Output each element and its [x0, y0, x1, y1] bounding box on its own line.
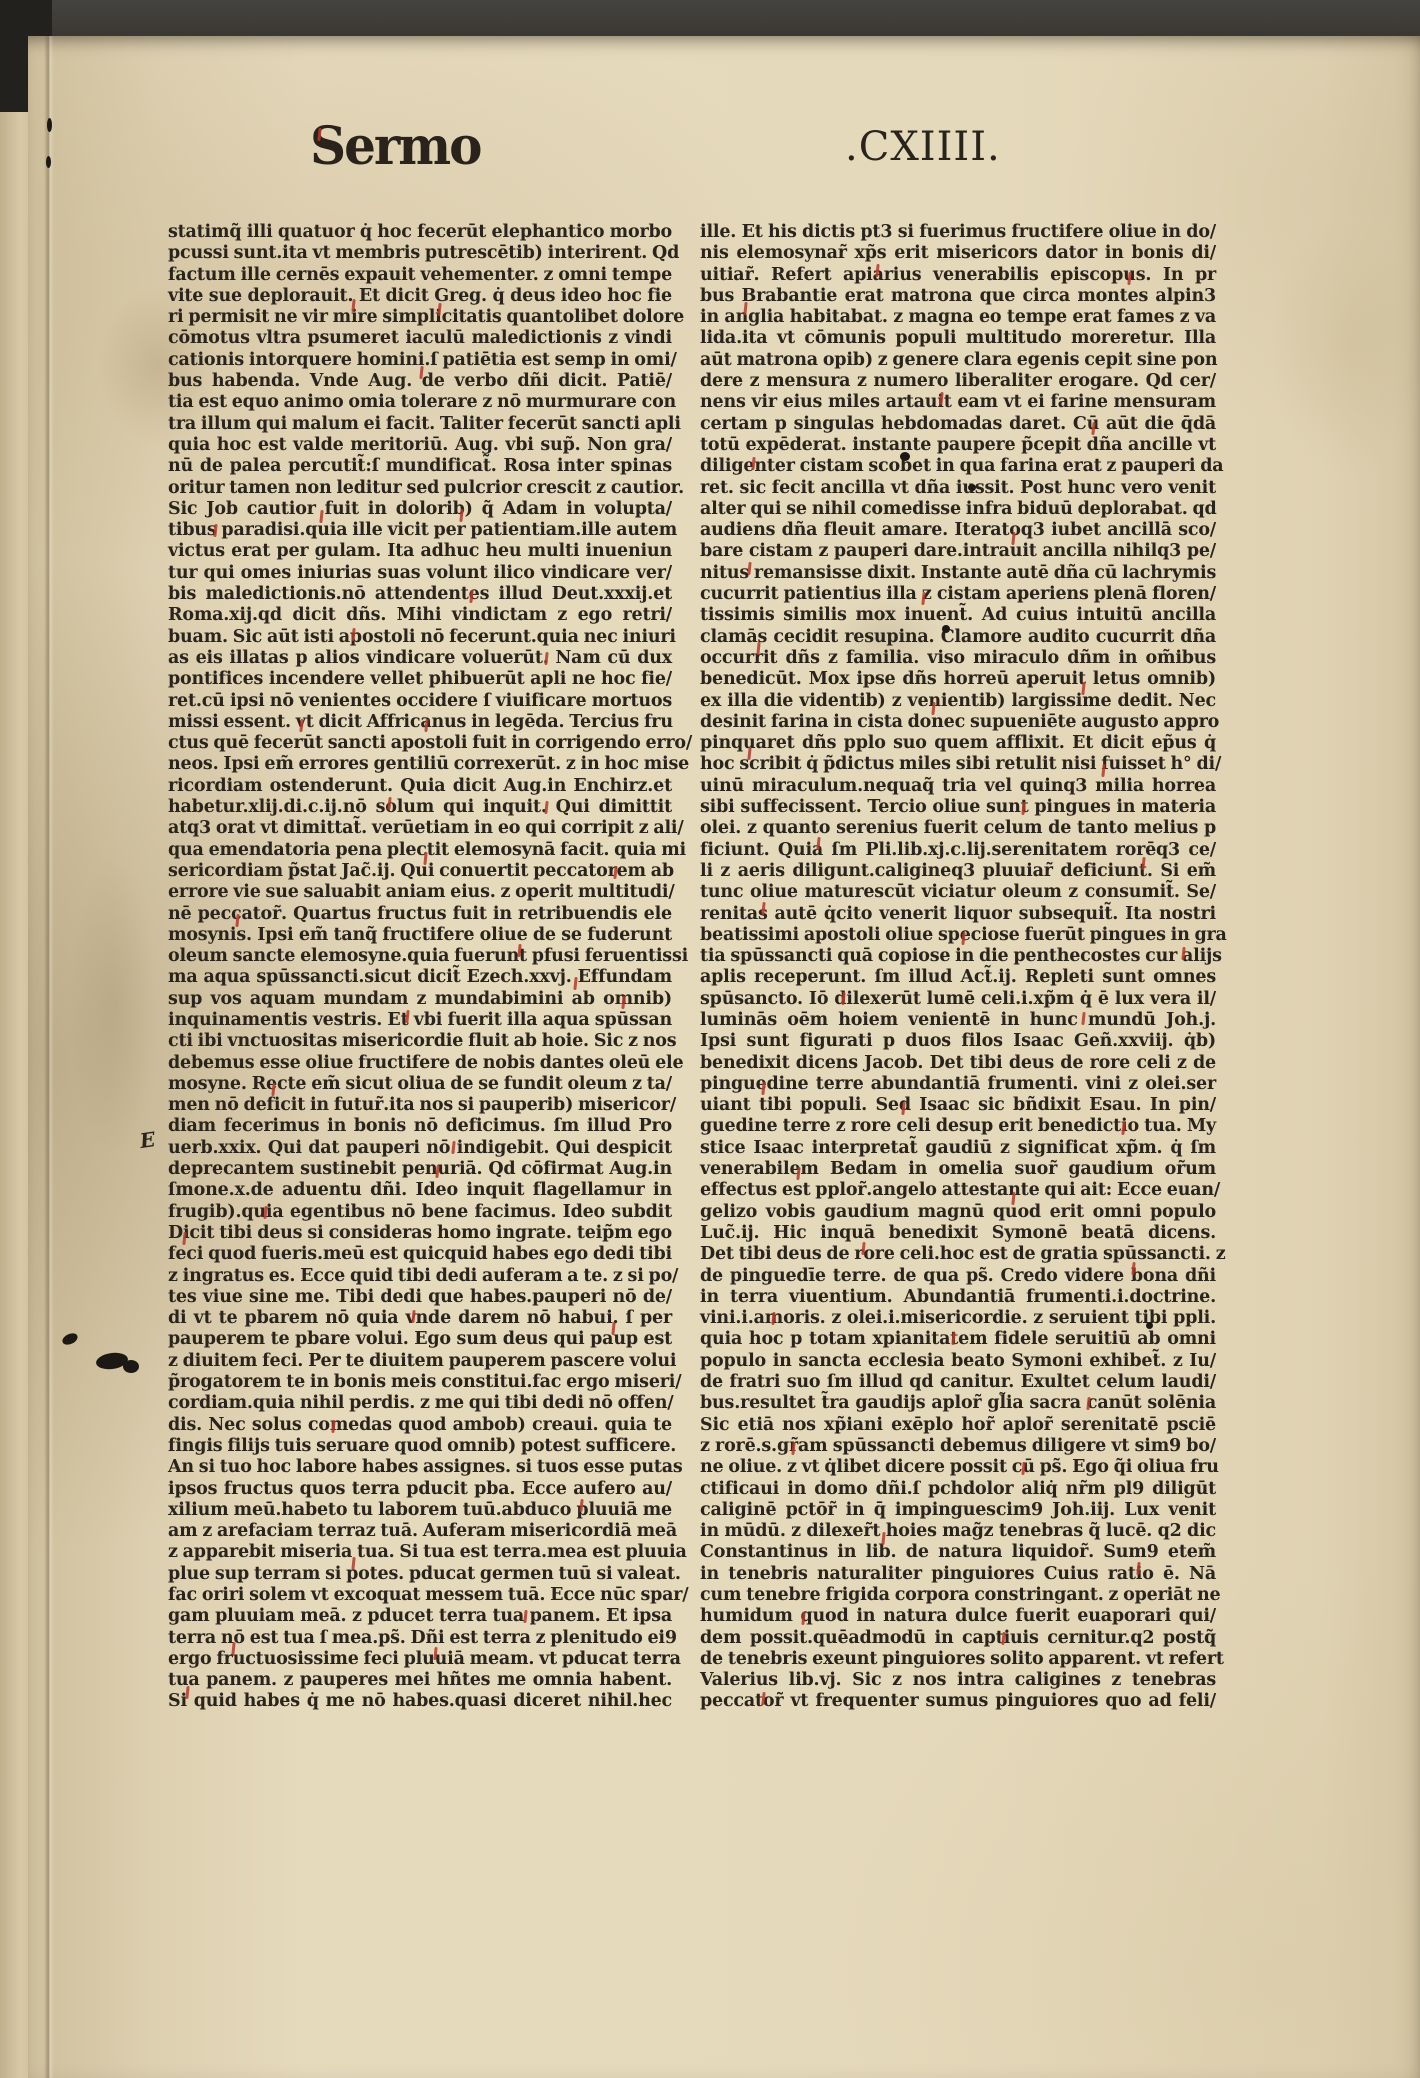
text-line: mosynis. Ipsi em̃ tanq̃ fructifere oliue…: [168, 925, 672, 946]
text-line: uitiar̃. Refert apiarius venerabilis epi…: [700, 265, 1216, 286]
page-title: Sermo: [310, 115, 500, 177]
text-line: ipsos fructus quos terra pducit pba. Ecc…: [168, 1479, 672, 1500]
text-line: diligenter cistam scobet in qua farina e…: [700, 456, 1216, 477]
text-line: habetur.xlij.di.c.ij.nō solum qui inquit…: [168, 797, 672, 818]
text-line: as eis illatas p alios vindicare voluerū…: [168, 648, 672, 669]
text-line: nitus remansisse dixit. Instante autē dñ…: [700, 563, 1216, 584]
ink-spot: [123, 1360, 139, 1373]
parchment-stain: [1268, 216, 1420, 476]
text-line: p̃rogatorem te in bonis meis constitui.f…: [168, 1372, 672, 1393]
text-line: bus.resultet t̃ra gaudijs aplor̃ gl̃ia s…: [700, 1393, 1216, 1414]
text-line: tunc oliue maturescūt viciatur oleum z c…: [700, 882, 1216, 903]
text-line: aplis receperunt. ſm illud Act̃.ij. Repl…: [700, 967, 1216, 988]
text-line: Ipsi sunt figurati p duos filos Isaac Ge…: [700, 1031, 1216, 1052]
text-line: neos. Ipsi em̃ errores gentiliū correxer…: [168, 754, 672, 775]
text-line: Si quid habes q̇ me nō habes.quasi dicer…: [168, 1691, 672, 1712]
text-line: statimq̃ illi quatuor q̇ hoc fecerūt ele…: [168, 222, 672, 243]
text-line: stice Isaac interpretat̃ gaudiū z signif…: [700, 1138, 1216, 1159]
text-line: z apparebit miseria tua. Si tua est terr…: [168, 1542, 672, 1563]
text-line: Constantinus in lib. de natura liquidor̃…: [700, 1542, 1216, 1563]
text-line: occurrit dñs z familia. viso miraculo dñ…: [700, 648, 1216, 669]
text-line: inquinamentis vestris. Et vbi fuerit ill…: [168, 1010, 672, 1031]
text-line: dem possit.quēadmodū in captiuis cernitu…: [700, 1628, 1216, 1649]
text-line: effectus est pplor̃.angelo attestante qu…: [700, 1180, 1216, 1201]
text-line: ergo fructuosissime feci pluuiā meam. vt…: [168, 1649, 672, 1670]
text-line: hoc scribit q̇ p̃dictus miles sibi retul…: [700, 754, 1216, 775]
text-line: ficiunt. Quia ſm Pli.lib.xj.c.lij.sereni…: [700, 840, 1216, 861]
ink-spot: [942, 625, 950, 633]
text-line: ret.cū ipsi nō venientes occidere ſ viui…: [168, 691, 672, 712]
text-line: missi essent. vt dicit Affricanus in leg…: [168, 712, 672, 733]
text-line: benedixit dicens Jacob. Det tibi deus de…: [700, 1053, 1216, 1074]
text-line: peccator̃ vt frequenter sumus pinguiores…: [700, 1691, 1216, 1712]
text-line: cti ibi vnctuositas misericordie fluit a…: [168, 1031, 672, 1052]
text-line: totū expēderat. instante paupere p̃cepit…: [700, 435, 1216, 456]
text-line: cōmotus vltra psumeret iaculū maledictio…: [168, 328, 672, 349]
text-line: ret. sic fecit ancilla vt dña iussit. Po…: [700, 478, 1216, 499]
text-line: terra nō est tua ſ mea.ps̃. Dñi est terr…: [168, 1628, 672, 1649]
text-line: diam fecerimus in bonis nō deficimus. ſm…: [168, 1116, 672, 1137]
text-line: uerb.xxix. Qui dat pauperi nō indigebit.…: [168, 1138, 672, 1159]
text-line: factum ille cernēs expauit vehementer. z…: [168, 265, 672, 286]
text-line: cucurrit patientius illa z cistam aperie…: [700, 584, 1216, 605]
text-line: men nō deficit in futur̃.ita nos si paup…: [168, 1095, 672, 1116]
text-line: Sic Job cautior fuit in dolorib) q̃ Adam…: [168, 499, 672, 520]
text-line: ma aqua spūssancti.sicut dicit̃ Ezech.xx…: [168, 967, 672, 988]
text-line: deprecantem sustinebit penuriā. Qd cōfir…: [168, 1159, 672, 1180]
text-line: alter qui se nihil comedisse infra biduū…: [700, 499, 1216, 520]
text-line: z ingratus es. Ecce quid tibi dedi aufer…: [168, 1266, 672, 1287]
ink-spot: [900, 452, 910, 461]
text-line: ille. Et his dictis pt3 si fuerimus fruc…: [700, 222, 1216, 243]
text-line: de fratri suo ſm illud qd canitur. Exult…: [700, 1372, 1216, 1393]
text-line: Sic etiā nos xp̃iani exēplo hor̃ aplor̃ …: [700, 1415, 1216, 1436]
text-line: ri permisit ne vir mire simplicitatis qu…: [168, 307, 672, 328]
text-line: pcussi sunt.ita vt membris putrescētib) …: [168, 243, 672, 264]
folio-number: .CXIIII.: [845, 124, 1065, 170]
text-line: gelizo vobis gaudium magnū quod erit omn…: [700, 1202, 1216, 1223]
text-line: ctificaui in domo dñi.ſ pchdolor aliq̇ n…: [700, 1479, 1216, 1500]
text-line: tia est equo animo omia tolerare z nō mu…: [168, 392, 672, 413]
text-line: in mūdū. z dilexer̃t hoies mag̃z tenebra…: [700, 1521, 1216, 1542]
text-line: guedine terre z rore celi desup erit ben…: [700, 1116, 1216, 1137]
text-line: plue sup terram si potes. pducat germen …: [168, 1564, 672, 1585]
ink-spot: [46, 156, 51, 168]
text-line: Luc̃.ij. Hic inquā benedixit Symonē beat…: [700, 1223, 1216, 1244]
text-line: uiant tibi populi. Sed Isaac sic bñdixit…: [700, 1095, 1216, 1116]
text-line: humidum quod in natura dulce fuerit euap…: [700, 1606, 1216, 1627]
text-line: z rorē.s.gr̃am spūssancti debemus dilige…: [700, 1436, 1216, 1457]
text-line: dere z mensura z numero liberaliter erog…: [700, 371, 1216, 392]
text-line: cum tenebre frigida corpora constringant…: [700, 1585, 1216, 1606]
text-line: vini.i.amoris. z olei.i.misericordie. z …: [700, 1308, 1216, 1329]
text-line: spūsancto. Iō dilexerūt lumē celi.i.xp̃m…: [700, 989, 1216, 1010]
text-line: sibi suffecissent. Tercio oliue sunt pin…: [700, 797, 1216, 818]
text-line: nē peccator̃. Quartus fructus fuit in re…: [168, 904, 672, 925]
text-line: am z arefaciam terraz tuā. Auferam miser…: [168, 1521, 672, 1542]
text-line: de tenebris exeunt pinguiores solito app…: [700, 1649, 1216, 1670]
text-line: xilium meū.habeto tu laborem tuū.abduco …: [168, 1500, 672, 1521]
text-line: Valerius lib.vj. Sic z nos intra caligin…: [700, 1670, 1216, 1691]
text-line: cordiam.quia nihil perdis. z me qui tibi…: [168, 1393, 672, 1414]
text-line: An si tuo hoc labore habes assignes. si …: [168, 1457, 672, 1478]
text-line: audiens dña fleuit amare. Iteratoq3 iube…: [700, 520, 1216, 541]
text-line: sericordiam p̃stat Jac̃.ij. Qui conuerti…: [168, 861, 672, 882]
text-line: Det tibi deus de rore celi.hoc est de gr…: [700, 1244, 1216, 1265]
text-line: fingis filijs tuis seruare quod omnib) p…: [168, 1436, 672, 1457]
text-line: quia hoc p totam xpianitatem fidele seru…: [700, 1329, 1216, 1350]
text-line: ex illa die videntib) z venientib) largi…: [700, 691, 1216, 712]
photo-backdrop-top: [0, 0, 1420, 37]
text-line: pinquaret dñs pplo suo quem afflixit. Et…: [700, 733, 1216, 754]
text-line: desinit farina in cista donec supueniēte…: [700, 712, 1216, 733]
text-line: benedicūt. Mox ipse dñs horreū aperuit l…: [700, 669, 1216, 690]
text-line: luminās oēm hoiem venientē in hunc mundū…: [700, 1010, 1216, 1031]
text-line: qua emendatoria pena plectit elemosynā f…: [168, 840, 672, 861]
text-line: ricordiam ostenderunt. Quia dicit Aug.in…: [168, 776, 672, 797]
text-line: frugib).quia egentibus nō bene facimus. …: [168, 1202, 672, 1223]
text-line: bare cistam z pauperi dare.intrauit anci…: [700, 541, 1216, 562]
text-line: sup vos aquam mundam z mundabimini ab om…: [168, 989, 672, 1010]
text-column-right: ille. Et his dictis pt3 si fuerimus fruc…: [700, 222, 1216, 1713]
text-line: aūt matrona opib) z genere clara egenis …: [700, 350, 1216, 371]
text-line: nens vir eius miles artauit eam vt ei fa…: [700, 392, 1216, 413]
text-line: renitas autē q̇cito venerit liquor subse…: [700, 904, 1216, 925]
ink-spot: [1146, 1322, 1153, 1329]
text-line: Dicit tibi deus si consideras homo ingra…: [168, 1223, 672, 1244]
text-line: di vt te pbarem nō quia vnde darem nō ha…: [168, 1308, 672, 1329]
text-line: uinū miraculum.nequaq̃ tria vel quinq3 m…: [700, 776, 1216, 797]
text-line: nū de palea percutit̃:ſ mundificat̃. Ros…: [168, 456, 672, 477]
text-line: nis elemosynar̃ xp̃s erit misericors dat…: [700, 243, 1216, 264]
text-line: pauperem te pbare volui. Ego sum deus qu…: [168, 1329, 672, 1350]
text-line: tra illum qui malum ei facit. Taliter fe…: [168, 414, 672, 435]
text-line: oritur tamen non leditur sed pulcrior cr…: [168, 478, 672, 499]
text-line: tua panem. z pauperes mei hñtes me omnia…: [168, 1670, 672, 1691]
text-line: bis maledictionis.nō attendentes illud D…: [168, 584, 672, 605]
text-line: oleum sancte elemosyne.quia fuerunt pfus…: [168, 946, 672, 967]
text-line: quia hoc est valde meritoriū. Aug. vbi s…: [168, 435, 672, 456]
text-column-left: statimq̃ illi quatuor q̇ hoc fecerūt ele…: [168, 222, 672, 1713]
text-line: tes viue sine me. Tibi dedi que habes.pa…: [168, 1287, 672, 1308]
text-line: caliginē pctōr̃ in q̄ impinguescim9 Joh.…: [700, 1500, 1216, 1521]
text-line: li z aeris diligunt.caligineq3 pluuiar̃ …: [700, 861, 1216, 882]
marginal-mark: E: [138, 1127, 156, 1153]
text-line: olei. z quanto serenius fuerit celum de …: [700, 818, 1216, 839]
text-line: debemus esse oliue fructifere de nobis d…: [168, 1053, 672, 1074]
text-line: z diuitem feci. Per te diuitem pauperem …: [168, 1351, 672, 1372]
text-line: buam. Sic aūt isti apostoli nō fecerunt.…: [168, 627, 672, 648]
text-line: fac oriri solem vt excoquat messem tuā. …: [168, 1585, 672, 1606]
text-line: de pinguedīe terre. de qua ps̃. Credo vi…: [700, 1266, 1216, 1287]
text-line: bus Brabantie erat matrona que circa mon…: [700, 286, 1216, 307]
text-line: tissimis similis mox inuent̃. Ad cuius i…: [700, 605, 1216, 626]
text-line: lida.ita vt cōmunis populi multitudo mor…: [700, 328, 1216, 349]
text-line: tia spūssancti quā copiose in die penthe…: [700, 946, 1216, 967]
text-line: dis. Nec solus comedas quod ambob) creau…: [168, 1415, 672, 1436]
text-line: Roma.xij.qd dicit dñs. Mihi vindictam z …: [168, 605, 672, 626]
text-line: tibus paradisi.quia ille vicit per patie…: [168, 520, 672, 541]
text-line: gam pluuiam meā. z pducet terra tua pane…: [168, 1606, 672, 1627]
gutter-crease: [44, 36, 54, 2078]
text-line: beatissimi apostoli oliue speciose fuerū…: [700, 925, 1216, 946]
text-line: tur qui omes iniurias suas volunt ilico …: [168, 563, 672, 584]
text-line: venerabilem Bedam in omelia suor̃ gaudiu…: [700, 1159, 1216, 1180]
text-line: clamās cecidit resupina. Clamore audito …: [700, 627, 1216, 648]
text-line: in anglia habitabat. z magna eo tempe er…: [700, 307, 1216, 328]
text-line: populo in sancta ecclesia beato Symoni e…: [700, 1351, 1216, 1372]
ink-spot: [47, 118, 52, 132]
text-line: certam p singulas hebdomadas daret. Cū a…: [700, 414, 1216, 435]
text-line: ſmone.x.de aduentu dñi. Ideo inquit flag…: [168, 1180, 672, 1201]
text-line: pinguedine terre abundantiā frumenti. vi…: [700, 1074, 1216, 1095]
text-line: vite sue deplorauit. Et dicit Greg. q̇ d…: [168, 286, 672, 307]
text-line: feci quod fueris.meū est quicquid habes …: [168, 1244, 672, 1265]
parchment-stain: [68, 856, 158, 1156]
scanned-book-photo: { "page": { "header_title": "Sermo", "fo…: [0, 0, 1420, 2078]
text-line: ctus quē fecerūt sancti apostoli fuit in…: [168, 733, 672, 754]
text-line: atq3 orat vt dimittat̃. verūetiam in eo …: [168, 818, 672, 839]
text-line: in terra viuentium. Abundantiā frumenti.…: [700, 1287, 1216, 1308]
text-line: ne oliue. z vt q̇libet dicere possit cū …: [700, 1457, 1216, 1478]
text-line: pontifices incendere vellet phibuerūt ap…: [168, 669, 672, 690]
text-line: victus erat per gulam. Ita adhuc heu mul…: [168, 541, 672, 562]
text-line: errore vie sue saluabit aniam eius. z op…: [168, 882, 672, 903]
ink-spot: [968, 484, 976, 491]
text-line: mosyne. Recte em̃ sicut oliua de se fund…: [168, 1074, 672, 1095]
